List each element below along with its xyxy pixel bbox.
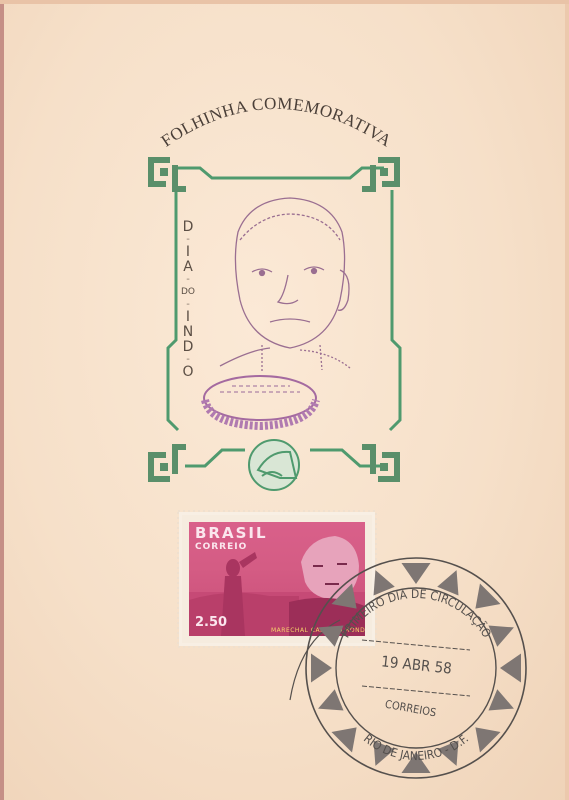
- postmark-arc-top: PRIMEIRO DIA DE CIRCULAÇÃO: [338, 587, 494, 640]
- commemorative-card: FOLHINHA COMEMORATIVA: [0, 0, 569, 800]
- postmark-date: 19 ABR 58: [380, 652, 452, 677]
- postmark: PRIMEIRO DIA DE CIRCULAÇÃO RIO DE JANEIR…: [0, 0, 569, 800]
- postmark-correios: CORREIOS: [384, 698, 437, 720]
